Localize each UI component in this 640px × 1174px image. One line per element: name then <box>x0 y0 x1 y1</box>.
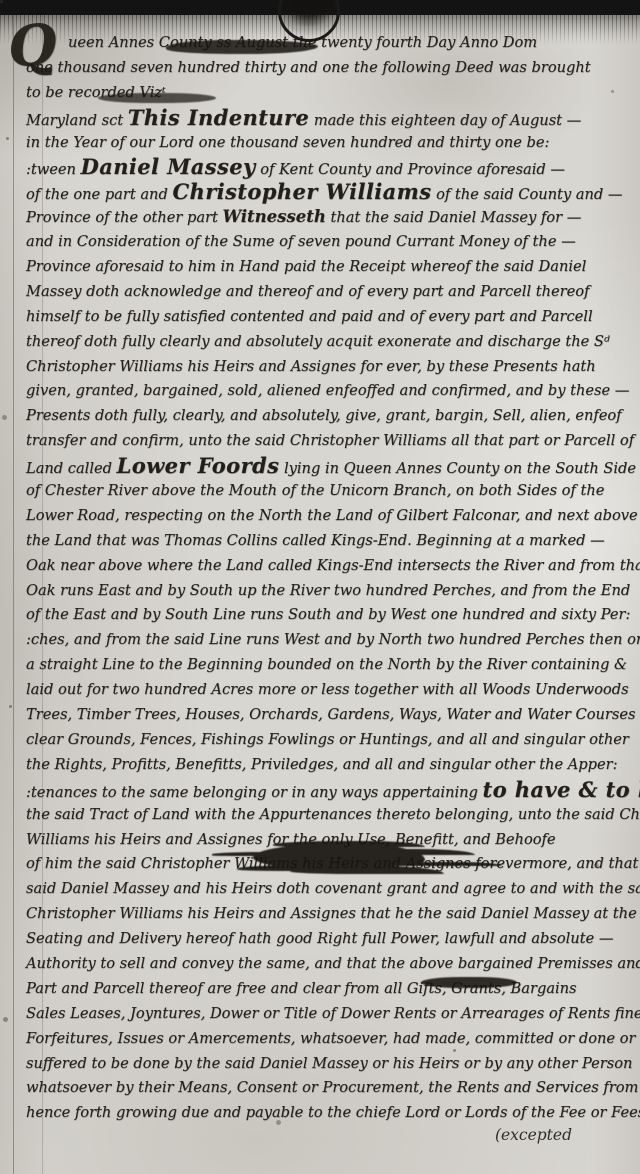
manuscript-line: of Chester River above the Mouth of the … <box>26 479 640 504</box>
line-text: Land called <box>26 460 117 477</box>
manuscript-line: the said Tract of Land with the Appurten… <box>26 803 640 828</box>
line-text: of the said County and — <box>431 186 622 203</box>
ink-blot <box>421 977 517 988</box>
line-text: Maryland sct <box>26 112 128 129</box>
ink-blot <box>98 93 216 103</box>
manuscript-page: Q ueen Annes County ss August the twenty… <box>0 0 640 1174</box>
manuscript-line: Province aforesaid to him in Hand paid t… <box>26 255 640 280</box>
manuscript-line: Oak runs East and by South up the River … <box>26 579 640 604</box>
emphasized-text: Lower Foords <box>117 453 280 478</box>
manuscript-line: Christopher Williams his Heirs and Assig… <box>26 355 640 380</box>
manuscript-line: Province of the other part Witnesseth th… <box>26 205 640 230</box>
emphasized-text: to have & to hold <box>483 777 640 802</box>
manuscript-line: of the East and by South Line runs South… <box>26 603 640 628</box>
manuscript-line: a straight Line to the Beginning bounded… <box>26 653 640 678</box>
manuscript-line: ueen Annes County ss August the twenty f… <box>26 31 640 56</box>
line-text: :tenances to the same belonging or in an… <box>26 784 483 801</box>
manuscript-line: Trees, Timber Trees, Houses, Orchards, G… <box>26 703 640 728</box>
manuscript-line: of the one part and Christopher Williams… <box>26 180 640 205</box>
ink-blot <box>253 843 425 869</box>
manuscript-line: Lower Road, respecting on the North the … <box>26 504 640 529</box>
manuscript-line: clear Grounds, Fences, Fishings Fowlings… <box>26 728 640 753</box>
manuscript-line: laid out for two hundred Acres more or l… <box>26 678 640 703</box>
emphasized-text: Daniel Massey <box>81 154 256 179</box>
line-text: of the one part and <box>26 186 172 203</box>
manuscript-line: Sales Leases, Joyntures, Dower or Title … <box>26 1002 640 1027</box>
manuscript-text-block: ueen Annes County ss August the twenty f… <box>26 31 640 1126</box>
line-text: of Kent County and Province aforesaid — <box>256 161 565 178</box>
emphasized-text: This Indenture <box>128 105 309 130</box>
manuscript-line: Oak near above where the Land called Kin… <box>26 554 640 579</box>
manuscript-line: said Daniel Massey and his Heirs doth co… <box>26 877 640 902</box>
manuscript-line: suffered to be done by the said Daniel M… <box>26 1052 640 1077</box>
manuscript-line: thereof doth fully clearly and absolutel… <box>26 330 640 355</box>
manuscript-line: Forfeitures, Issues or Amercements, what… <box>26 1027 640 1052</box>
manuscript-line: the Land that was Thomas Collins called … <box>26 529 640 554</box>
emphasized-text: Christopher Williams <box>172 179 431 204</box>
manuscript-line: given, granted, bargained, sold, aliened… <box>26 379 640 404</box>
margin-rule-left <box>13 15 14 1174</box>
manuscript-line: Christopher Williams his Heirs and Assig… <box>26 902 640 927</box>
manuscript-line: and in Consideration of the Sume of seve… <box>26 230 640 255</box>
manuscript-line: one thousand seven hundred thirty and on… <box>26 56 640 81</box>
paper-specks <box>0 0 3 3</box>
manuscript-line: the Rights, Profitts, Benefitts, Privile… <box>26 753 640 778</box>
manuscript-line: Seating and Delivery hereof hath good Ri… <box>26 927 640 952</box>
catchword: (excepted <box>495 1126 572 1144</box>
manuscript-line: transfer and confirm, unto the said Chri… <box>26 429 640 454</box>
line-text: made this eighteen day of August — <box>309 112 581 129</box>
manuscript-line: in the Year of our Lord one thousand sev… <box>26 131 640 156</box>
manuscript-line: Authority to sell and convey the same, a… <box>26 952 640 977</box>
manuscript-line: Land called Lower Foords lying in Queen … <box>26 454 640 479</box>
manuscript-line: Massey doth acknowledge and thereof and … <box>26 280 640 305</box>
emphasized-text: Witnesseth <box>223 207 326 226</box>
line-text: lying in Queen Annes County on the South… <box>279 460 636 477</box>
manuscript-line: Presents doth fully, clearly, and absolu… <box>26 404 640 429</box>
ink-blot <box>166 40 318 54</box>
manuscript-line: Maryland sct This Indenture made this ei… <box>26 106 640 131</box>
manuscript-line: :ches, and from the said Line runs West … <box>26 628 640 653</box>
manuscript-line: hence forth growing due and payable to t… <box>26 1101 640 1126</box>
manuscript-line: Part and Parcell thereof are free and cl… <box>26 977 640 1002</box>
line-text: Province of the other part <box>26 209 223 226</box>
manuscript-line: :tenances to the same belonging or in an… <box>26 778 640 803</box>
manuscript-line: :tween Daniel Massey of Kent County and … <box>26 155 640 180</box>
line-text: :tween <box>26 161 81 178</box>
manuscript-line: himself to be fully satisfied contented … <box>26 305 640 330</box>
line-text: that the said Daniel Massey for — <box>326 209 581 226</box>
manuscript-line: whatsoever by their Means, Consent or Pr… <box>26 1076 640 1101</box>
